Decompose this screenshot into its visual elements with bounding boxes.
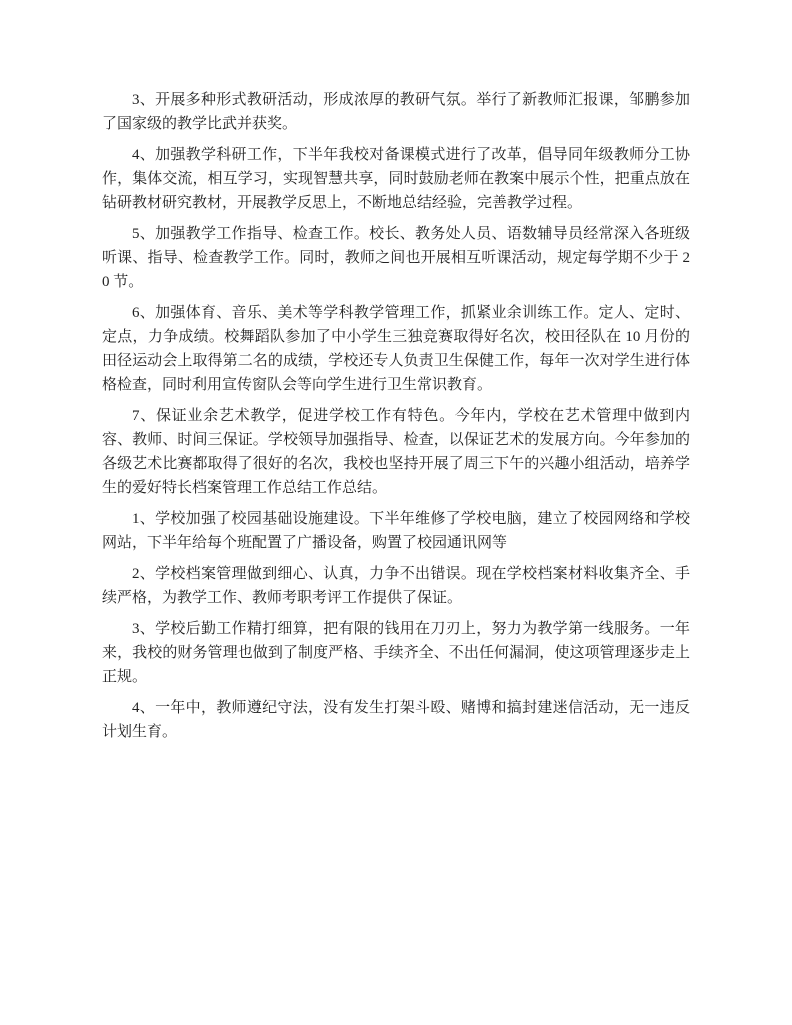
paragraph: 7、保证业余艺术教学，促进学校工作有特色。今年内，学校在艺术管理中做到内容、教师… [102,404,690,500]
paragraph: 3、开展多种形式教研活动，形成浓厚的教研气氛。举行了新教师汇报课，邹鹏参加了国家… [102,88,690,136]
paragraph: 5、加强教学工作指导、检查工作。校长、教务处人员、语数辅导员经常深入各班级听课、… [102,222,690,294]
paragraph: 1、学校加强了校园基础设施建设。下半年维修了学校电脑，建立了校园网络和学校网站，… [102,507,690,555]
paragraph: 6、加强体育、音乐、美术等学科教学管理工作，抓紧业余训练工作。定人、定时、定点，… [102,301,690,397]
paragraph: 4、加强教学科研工作，下半年我校对备课模式进行了改革，倡导同年级教师分工协作，集… [102,143,690,215]
paragraph: 3、学校后勤工作精打细算，把有限的钱用在刀刃上，努力为教学第一线服务。一年来，我… [102,617,690,689]
paragraph: 4、一年中，教师遵纪守法，没有发生打架斗殴、赌博和搞封建迷信活动，无一违反计划生… [102,696,690,744]
document-page: 3、开展多种形式教研活动，形成浓厚的教研气氛。举行了新教师汇报课，邹鹏参加了国家… [0,0,792,1025]
paragraph: 2、学校档案管理做到细心、认真，力争不出错误。现在学校档案材料收集齐全、手续严格… [102,562,690,610]
